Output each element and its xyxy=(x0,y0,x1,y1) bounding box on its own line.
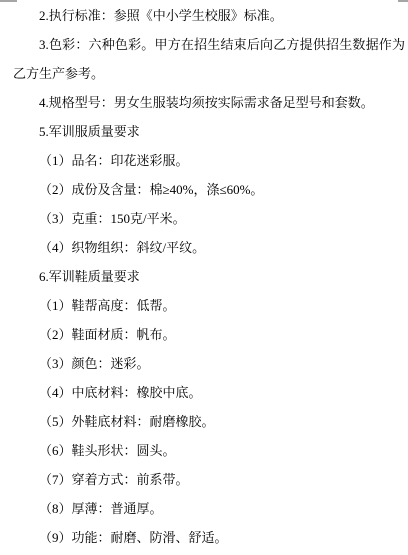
uniform-spec-item-4: （4）织物组织：斜纹/平纹。 xyxy=(13,233,405,262)
shoe-spec-item-9: （9）功能：耐磨、防滑、舒适。 xyxy=(13,523,405,552)
clause-paragraph-4: 4.规格型号：男女生服装均须按实际需求备足型号和套数。 xyxy=(13,88,405,117)
shoe-spec-item-2: （2）鞋面材质：帆布。 xyxy=(13,320,405,349)
clause-paragraph-3: 3.色彩：六种色彩。甲方在招生结束后向乙方提供招生数据作为乙方生产参考。 xyxy=(13,30,405,88)
shoe-spec-item-6: （6）鞋头形状：圆头。 xyxy=(13,436,405,465)
section-5-heading: 5.军训服质量要求 xyxy=(13,117,405,146)
shoe-spec-item-8: （8）厚薄：普通厚。 xyxy=(13,494,405,523)
uniform-spec-item-3: （3）克重：150克/平米。 xyxy=(13,204,405,233)
shoe-spec-item-1: （1）鞋帮高度：低帮。 xyxy=(13,291,405,320)
clause-paragraph-2: 2.执行标准：参照《中小学生校服》标准。 xyxy=(13,1,405,30)
shoe-spec-item-5: （5）外鞋底材料：耐磨橡胶。 xyxy=(13,407,405,436)
document-page: 2.执行标准：参照《中小学生校服》标准。 3.色彩：六种色彩。甲方在招生结束后向… xyxy=(0,0,408,555)
shoe-spec-item-7: （7）穿着方式：前系带。 xyxy=(13,465,405,494)
uniform-spec-item-1: （1）品名：印花迷彩服。 xyxy=(13,146,405,175)
shoe-spec-item-3: （3）颜色：迷彩。 xyxy=(13,349,405,378)
shoe-spec-item-4: （4）中底材料：橡胶中底。 xyxy=(13,378,405,407)
uniform-spec-item-2: （2）成份及含量：棉≥40%，涤≤60%。 xyxy=(13,175,405,204)
section-6-heading: 6.军训鞋质量要求 xyxy=(13,262,405,291)
